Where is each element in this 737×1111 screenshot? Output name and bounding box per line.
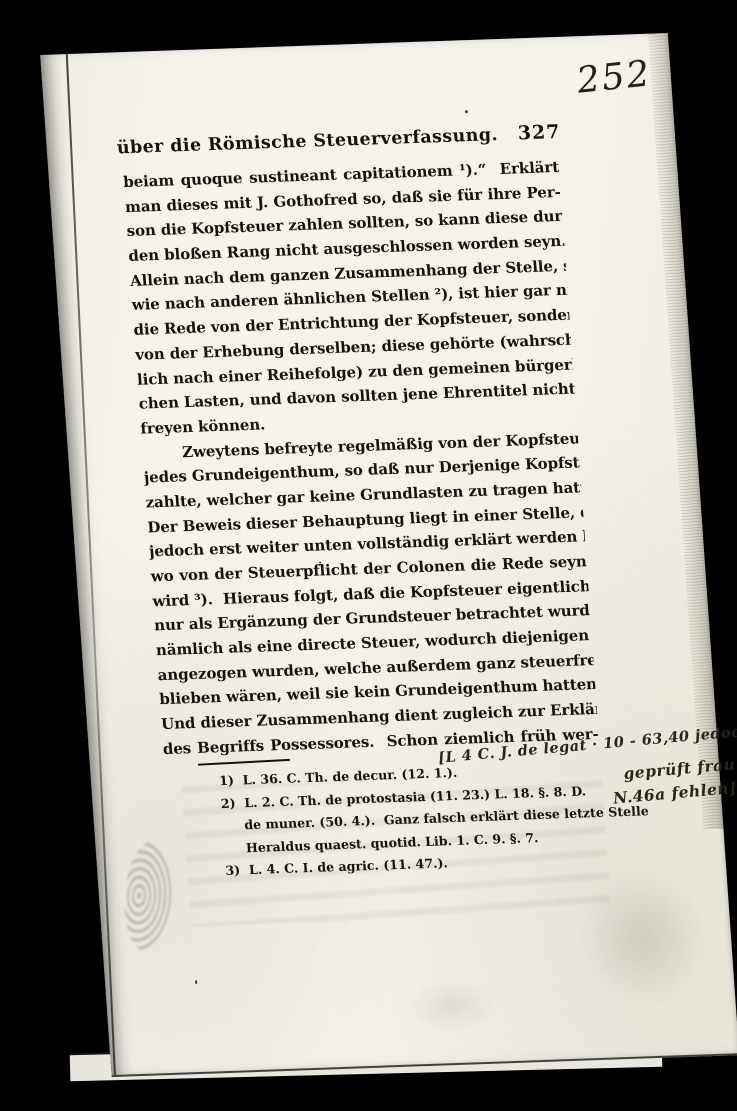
handwritten-corner-number: 252 [574,53,654,102]
page-number: 327 [517,121,561,144]
header-title: über die Römische Steuerverfassung. [116,125,498,158]
footnotes: 1) L. 36. C. Th. de decur. (12. 1.).2) L… [218,756,626,883]
photo-background: 252 über die Römische Steuerverfassung. … [0,0,737,1111]
dust-speck [195,980,197,984]
paper-stain [568,862,718,1017]
gutter-crease [66,54,116,1075]
dust-speck [319,561,321,563]
dust-speck [209,349,211,351]
fingerprint-smudge [121,840,175,954]
running-header: über die Römische Steuerverfassung. 327 [120,121,557,158]
page-fore-edge-texture [648,33,724,829]
paper-stain [406,980,499,1033]
book-page: 252 über die Römische Steuerverfassung. … [40,33,737,1077]
dust-speck [465,110,468,113]
body-text: beiam quoque sustineant capitationem ¹).… [122,155,599,765]
